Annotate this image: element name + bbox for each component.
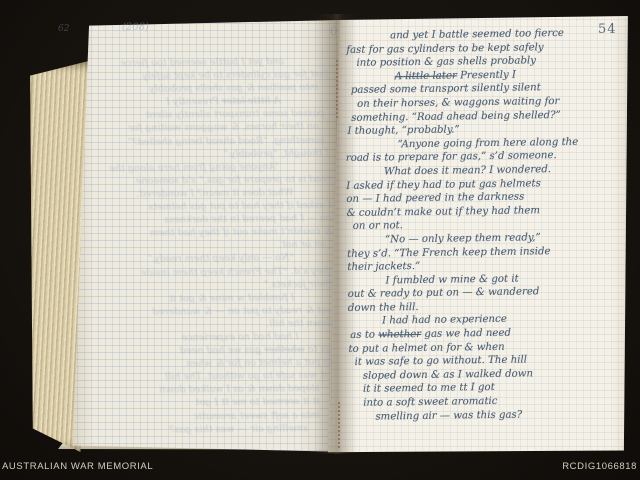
showthrough-line: road is to prepare for gas,” s’d someone… [93, 173, 331, 189]
binding-stitch-bottom [338, 402, 340, 448]
right-page-handwriting: and yet I battle seemed too fiercefast f… [344, 26, 631, 424]
archive-photo-stage: and yet I battle seemed too fiercefast f… [0, 0, 640, 480]
item-id-caption: RCDIG1066818 [562, 461, 637, 472]
left-page-corner-mark: 62 [58, 24, 69, 34]
left-page-showthrough-text: and yet I battle seemed too fiercefast f… [92, 55, 334, 437]
binding-stitch-top [336, 60, 338, 118]
page-number: 54 [598, 22, 617, 37]
right-page-gutter-mark: 0 [329, 23, 339, 38]
showthrough-line: smelling air — was this gas? [96, 422, 308, 437]
institution-caption: AUSTRALIAN WAR MEMORIAL [2, 461, 153, 472]
showthrough-line: I thought, “probably.” [93, 146, 329, 162]
showthrough-line: their jackets.” [94, 277, 332, 293]
showthrough-line: into position & gas shells probably [92, 81, 318, 96]
left-page-pencil-annotation: (208) [122, 22, 149, 33]
